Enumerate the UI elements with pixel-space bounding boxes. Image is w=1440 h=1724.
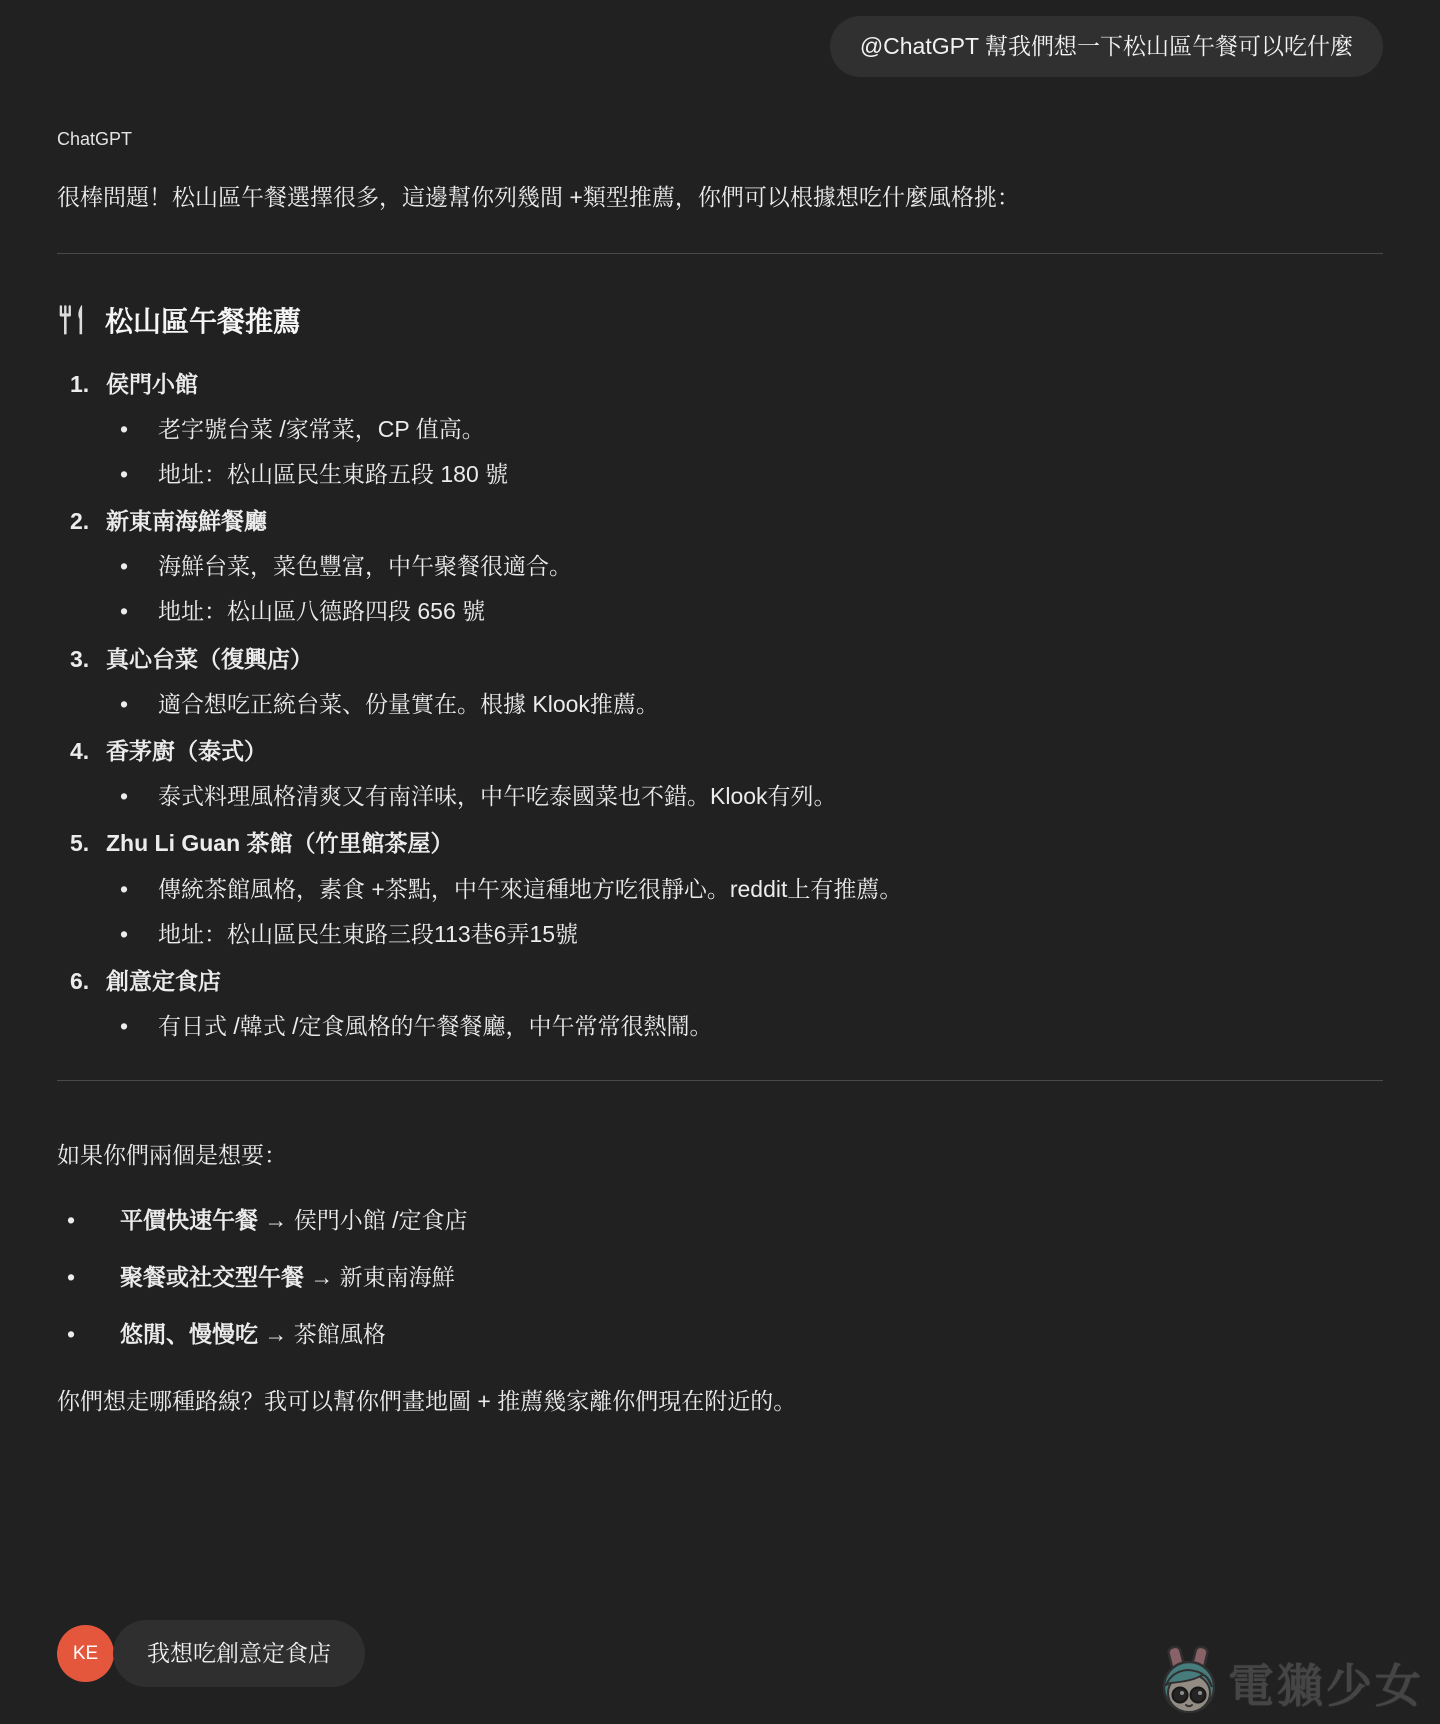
restaurant-number: 2.	[70, 505, 106, 537]
options-intro-text: 如果你們兩個是想要：	[57, 1139, 1383, 1171]
fork-knife-icon	[57, 304, 89, 336]
chat-page: @ChatGPT 幫我們想一下松山區午餐可以吃什麼 ChatGPT 很棒問題！松…	[0, 0, 1440, 1724]
watermark-logo: 電獺少女	[1158, 1645, 1424, 1720]
option-list: 平價快速午餐 → 侯門小館 /定食店 聚餐或社交型午餐 → 新東南海鮮 悠閒、慢…	[57, 1204, 1383, 1351]
aotter-mascot-icon	[1158, 1645, 1220, 1720]
restaurant-detail: 有日式 /韓式 /定食風格的午餐餐廳，中午常常很熱鬧。	[158, 1010, 1383, 1042]
option-item: 平價快速午餐 → 侯門小館 /定食店	[57, 1204, 1383, 1236]
option-label: 聚餐或社交型午餐	[120, 1264, 304, 1290]
restaurant-item: 4. 香茅廚（泰式） 泰式料理風格清爽又有南洋味，中午吃泰國菜也不錯。Klook…	[57, 735, 1383, 812]
user-message-row: @ChatGPT 幫我們想一下松山區午餐可以吃什麼	[57, 0, 1383, 77]
option-label: 悠閒、慢慢吃	[120, 1321, 258, 1347]
assistant-intro-text: 很棒問題！松山區午餐選擇很多，這邊幫你列幾間 +類型推薦，你們可以根據想吃什麼風…	[57, 180, 1383, 215]
reply-message-bubble: 我想吃創意定食店	[113, 1620, 365, 1687]
restaurant-number: 1.	[70, 368, 106, 400]
option-label: 平價快速午餐	[120, 1207, 258, 1233]
restaurant-item: 3. 真心台菜（復興店） 適合想吃正統台菜、份量實在。根據 Klook推薦。	[57, 643, 1383, 720]
restaurant-item: 6. 創意定食店 有日式 /韓式 /定食風格的午餐餐廳，中午常常很熱鬧。	[57, 965, 1383, 1042]
restaurant-name: 新東南海鮮餐廳	[106, 505, 267, 537]
user-message-text: @ChatGPT 幫我們想一下松山區午餐可以吃什麼	[860, 33, 1353, 59]
closing-text: 你們想走哪種路線？我可以幫你們畫地圖 + 推薦幾家離你們現在附近的。	[57, 1384, 1383, 1419]
restaurant-number: 3.	[70, 643, 106, 675]
restaurant-number: 4.	[70, 735, 106, 767]
restaurant-name: 真心台菜（復興店）	[106, 643, 313, 675]
lunch-recommendations-heading: 松山區午餐推薦	[57, 300, 1383, 340]
option-target: → 茶館風格	[258, 1321, 386, 1347]
restaurant-item: 2. 新東南海鮮餐廳 海鮮台菜，菜色豐富，中午聚餐很適合。 地址：松山區八德路四…	[57, 505, 1383, 628]
restaurant-detail: 老字號台菜 /家常菜，CP 值高。	[158, 413, 1383, 445]
restaurant-detail: 海鮮台菜，菜色豐富，中午聚餐很適合。	[158, 550, 1383, 582]
restaurant-detail: 地址：松山區民生東路五段 180 號	[158, 458, 1383, 490]
user-message-bubble: @ChatGPT 幫我們想一下松山區午餐可以吃什麼	[830, 16, 1383, 77]
assistant-name-label: ChatGPT	[57, 129, 1383, 150]
restaurant-item: 5. Zhu Li Guan 茶館（竹里館茶屋） 傳統茶館風格，素食 +茶點，中…	[57, 827, 1383, 950]
user-avatar: KE	[57, 1625, 114, 1682]
restaurant-name: 香茅廚（泰式）	[106, 735, 267, 767]
restaurant-list: 1. 侯門小館 老字號台菜 /家常菜，CP 值高。 地址：松山區民生東路五段 1…	[57, 368, 1383, 1043]
restaurant-name: 侯門小館	[106, 368, 198, 400]
restaurant-detail: 傳統茶館風格，素食 +茶點，中午來這種地方吃很靜心。reddit上有推薦。	[158, 873, 1383, 905]
section-divider	[57, 1080, 1383, 1081]
restaurant-detail: 地址：松山區民生東路三段113巷6弄15號	[158, 918, 1383, 950]
heading-text: 松山區午餐推薦	[105, 300, 301, 340]
option-item: 聚餐或社交型午餐 → 新東南海鮮	[57, 1261, 1383, 1293]
watermark-text: 電獺少女	[1228, 1650, 1424, 1716]
section-divider	[57, 253, 1383, 254]
avatar-initials: KE	[73, 1643, 98, 1665]
restaurant-name: Zhu Li Guan 茶館（竹里館茶屋）	[106, 827, 454, 859]
restaurant-name: 創意定食店	[106, 965, 221, 997]
restaurant-detail: 適合想吃正統台菜、份量實在。根據 Klook推薦。	[158, 688, 1383, 720]
option-target: → 新東南海鮮	[304, 1264, 455, 1290]
restaurant-detail: 泰式料理風格清爽又有南洋味，中午吃泰國菜也不錯。Klook有列。	[158, 780, 1383, 812]
reply-message-row: KE 我想吃創意定食店	[57, 1620, 365, 1687]
restaurant-detail: 地址：松山區八德路四段 656 號	[158, 595, 1383, 627]
restaurant-number: 5.	[70, 827, 106, 859]
option-target: → 侯門小館 /定食店	[258, 1207, 468, 1233]
restaurant-number: 6.	[70, 965, 106, 997]
restaurant-item: 1. 侯門小館 老字號台菜 /家常菜，CP 值高。 地址：松山區民生東路五段 1…	[57, 368, 1383, 491]
option-item: 悠閒、慢慢吃 → 茶館風格	[57, 1318, 1383, 1350]
reply-message-text: 我想吃創意定食店	[147, 1640, 331, 1666]
